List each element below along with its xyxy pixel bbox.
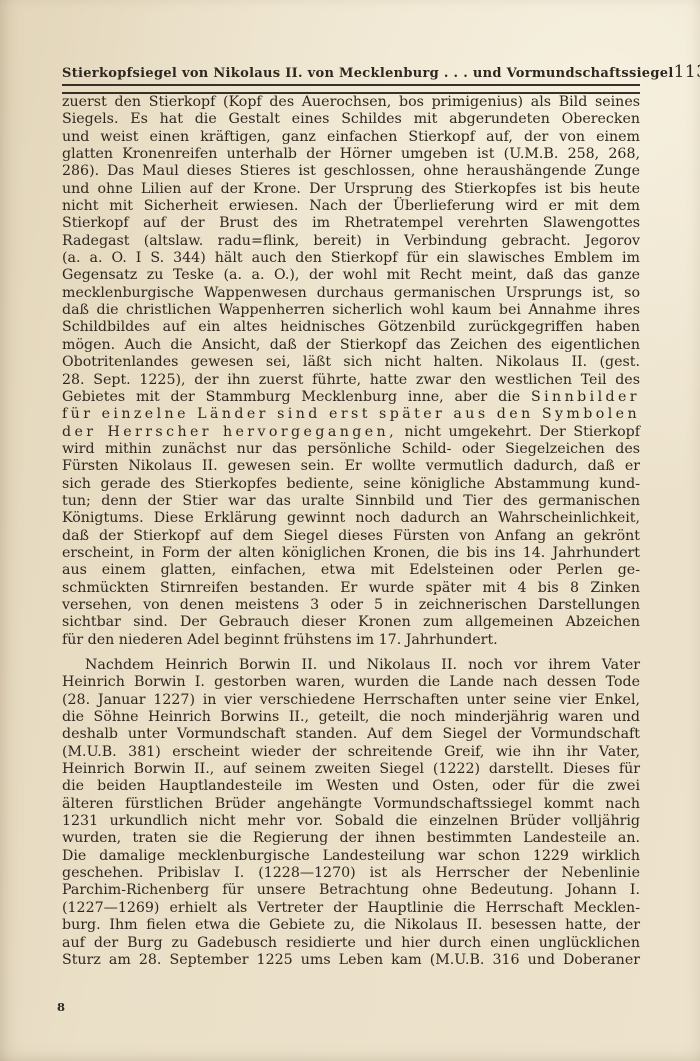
text-line: Sturz am 28. September 1225 ums Leben ka… xyxy=(62,952,640,969)
text-line: Parchim-Richenberg für unsere Betrachtun… xyxy=(62,882,640,899)
text-segment: zuerst den Stierkopf (Kopf des Auerochse… xyxy=(62,94,640,110)
text-segment: Nachdem Heinrich Borwin II. und Nikolaus… xyxy=(85,657,640,673)
text-line: burg. Ihm fielen etwa die Gebiete zu, di… xyxy=(62,917,640,934)
letterspaced-text: für einzelne Länder sind erst später aus… xyxy=(62,406,640,422)
text-line: daß der Stierkopf auf dem Siegel dieses … xyxy=(62,528,640,545)
text-line: geschehen. Pribislav I. (1228—1270) ist … xyxy=(62,865,640,882)
text-segment: und ohne Lilien auf der Krone. Der Urspr… xyxy=(62,181,640,197)
text-segment: (M.U.B. 381) erscheint wieder der schrei… xyxy=(62,744,640,760)
text-segment: nicht umgekehrt. Der Stierkopf xyxy=(397,424,640,440)
text-line: wird mithin zunächst nur das persönliche… xyxy=(62,441,640,458)
text-line: auf der Burg zu Gadebusch residierte und… xyxy=(62,935,640,952)
text-line: nicht mit Sicherheit erwiesen. Nach der … xyxy=(62,198,640,215)
text-line: Obotritenlandes gewesen sei, läßt sich n… xyxy=(62,354,640,371)
text-line: (a. a. O. I S. 344) hält auch den Stierk… xyxy=(62,250,640,267)
text-segment: aus einem glatten, einfachen, etwa mit E… xyxy=(62,562,640,578)
text-segment: mögen. Auch die Ansicht, daß der Stierko… xyxy=(62,337,640,353)
text-line: Heinrich Borwin I. gestorben waren, wurd… xyxy=(62,674,640,691)
text-segment: Heinrich Borwin II., auf seinem zweiten … xyxy=(62,761,640,777)
text-line: Heinrich Borwin II., auf seinem zweiten … xyxy=(62,761,640,778)
text-line: und ohne Lilien auf der Krone. Der Urspr… xyxy=(62,181,640,198)
text-segment: Heinrich Borwin I. gestorben waren, wurd… xyxy=(62,674,640,690)
text-line: zuerst den Stierkopf (Kopf des Auerochse… xyxy=(62,94,640,111)
text-line: aus einem glatten, einfachen, etwa mit E… xyxy=(62,562,640,579)
text-segment: Parchim-Richenberg für unsere Betrachtun… xyxy=(62,882,640,898)
text-segment: erscheint, in Form der alten königlichen… xyxy=(62,545,640,561)
text-segment: mecklenburgische Wappenwesen durchaus ge… xyxy=(62,285,640,301)
text-segment: burg. Ihm fielen etwa die Gebiete zu, di… xyxy=(62,917,640,933)
text-line: älteren fürstlichen Brüder angehängte Vo… xyxy=(62,796,640,813)
text-line: deshalb unter Vormundschaft standen. Auf… xyxy=(62,726,640,743)
text-line: Nachdem Heinrich Borwin II. und Nikolaus… xyxy=(62,657,640,674)
text-segment: Siegels. Es hat die Gestalt eines Schild… xyxy=(62,111,640,127)
text-line: 1231 urkundlich nicht mehr vor. Sobald d… xyxy=(62,813,640,830)
text-segment: und weist einen kräftigen, ganz einfache… xyxy=(62,129,640,145)
text-line: schmückten Stirnreifen bestanden. Er wur… xyxy=(62,580,640,597)
text-segment: älteren fürstlichen Brüder angehängte Vo… xyxy=(62,796,640,812)
text-segment: Königtums. Diese Erklärung gewinnt noch … xyxy=(62,510,640,526)
text-segment: Fürsten Nikolaus II. gewesen sein. Er wo… xyxy=(62,458,640,474)
text-line: 28. Sept. 1225), der ihn zuerst führte, … xyxy=(62,372,640,389)
paragraph: Nachdem Heinrich Borwin II. und Nikolaus… xyxy=(62,657,640,969)
text-line: (28. Januar 1227) in vier verschiedene H… xyxy=(62,692,640,709)
text-segment: die beiden Hauptlandesteile im Westen un… xyxy=(62,778,640,794)
text-segment: Obotritenlandes gewesen sei, läßt sich n… xyxy=(62,354,640,370)
text-line: Königtums. Diese Erklärung gewinnt noch … xyxy=(62,510,640,527)
text-segment: die Söhne Heinrich Borwins II., geteilt,… xyxy=(62,709,640,725)
text-segment: Schildbildes auf ein altes heidnisches G… xyxy=(62,319,640,335)
text-line: Stierkopf auf der Brust des im Rhetratem… xyxy=(62,215,640,232)
text-segment: wird mithin zunächst nur das persönliche… xyxy=(62,441,640,457)
text-segment: glatten Kronenreifen unterhalb der Hörne… xyxy=(62,146,640,162)
text-line: mecklenburgische Wappenwesen durchaus ge… xyxy=(62,285,640,302)
text-segment: deshalb unter Vormundschaft standen. Auf… xyxy=(62,726,640,742)
letterspaced-text: der Herrscher hervorgegangen, xyxy=(62,424,397,440)
text-segment: (28. Januar 1227) in vier verschiedene H… xyxy=(62,692,640,708)
page-body: zuerst den Stierkopf (Kopf des Auerochse… xyxy=(62,94,640,969)
text-segment: 286). Das Maul dieses Stieres ist geschl… xyxy=(62,163,640,179)
text-line: für den niederen Adel beginnt frühstens … xyxy=(62,632,640,649)
text-line: versehen, von denen meistens 3 oder 5 in… xyxy=(62,597,640,614)
text-segment: sichtbar sind. Der Gebrauch dieser Krone… xyxy=(62,614,640,630)
text-line: mögen. Auch die Ansicht, daß der Stierko… xyxy=(62,337,640,354)
text-segment: 1231 urkundlich nicht mehr vor. Sobald d… xyxy=(62,813,640,829)
text-segment: wurden, traten sie die Regierung der ihn… xyxy=(62,830,640,846)
text-segment: Gebietes mit der Stammburg Mecklenburg i… xyxy=(62,389,531,405)
text-line: sichtbar sind. Der Gebrauch dieser Krone… xyxy=(62,614,640,631)
page-root: Stierkopfsiegel von Nikolaus II. von Mec… xyxy=(0,0,700,1061)
text-line: Die damalige mecklenburgische Landesteil… xyxy=(62,848,640,865)
text-line: für einzelne Länder sind erst später aus… xyxy=(62,406,640,423)
text-line: Radegast (altslaw. radu=flink, bereit) i… xyxy=(62,233,640,250)
text-segment: Sturz am 28. September 1225 ums Leben ka… xyxy=(62,952,640,968)
text-line: erscheint, in Form der alten königlichen… xyxy=(62,545,640,562)
text-line: Gegensatz zu Teske (a. a. O.), der wohl … xyxy=(62,267,640,284)
text-line: glatten Kronenreifen unterhalb der Hörne… xyxy=(62,146,640,163)
text-segment: tun; denn der Stier war das uralte Sinnb… xyxy=(62,493,640,509)
text-segment: Radegast (altslaw. radu=flink, bereit) i… xyxy=(62,233,640,249)
text-line: (M.U.B. 381) erscheint wieder der schrei… xyxy=(62,744,640,761)
text-line: (1227—1269) erhielt als Vertreter der Ha… xyxy=(62,900,640,917)
text-line: Schildbildes auf ein altes heidnisches G… xyxy=(62,319,640,336)
text-line: sich gerade des Stierkopfes bediente, se… xyxy=(62,476,640,493)
paragraph: zuerst den Stierkopf (Kopf des Auerochse… xyxy=(62,94,640,649)
text-segment: geschehen. Pribislav I. (1228—1270) ist … xyxy=(62,865,640,881)
text-segment: (a. a. O. I S. 344) hält auch den Stierk… xyxy=(62,250,640,266)
text-line: der Herrscher hervorgegangen, nicht umge… xyxy=(62,424,640,441)
letterspaced-text: Sinnbilder xyxy=(531,389,640,405)
text-segment: nicht mit Sicherheit erwiesen. Nach der … xyxy=(62,198,640,214)
text-segment: daß die christlichen Wappenherren sicher… xyxy=(62,302,640,318)
text-line: Gebietes mit der Stammburg Mecklenburg i… xyxy=(62,389,640,406)
text-line: Fürsten Nikolaus II. gewesen sein. Er wo… xyxy=(62,458,640,475)
text-line: daß die christlichen Wappenherren sicher… xyxy=(62,302,640,319)
page-number: 113 xyxy=(674,62,700,82)
page-header: Stierkopfsiegel von Nikolaus II. von Mec… xyxy=(62,62,640,82)
text-line: 286). Das Maul dieses Stieres ist geschl… xyxy=(62,163,640,180)
text-segment: sich gerade des Stierkopfes bediente, se… xyxy=(62,476,640,492)
text-line: wurden, traten sie die Regierung der ihn… xyxy=(62,830,640,847)
text-segment: auf der Burg zu Gadebusch residierte und… xyxy=(62,935,640,951)
text-line: die Söhne Heinrich Borwins II., geteilt,… xyxy=(62,709,640,726)
signature-mark: 8 xyxy=(57,1000,65,1014)
text-segment: 28. Sept. 1225), der ihn zuerst führte, … xyxy=(62,372,640,388)
text-segment: für den niederen Adel beginnt frühstens … xyxy=(62,632,498,648)
text-segment: Stierkopf auf der Brust des im Rhetratem… xyxy=(62,215,640,231)
text-segment: Die damalige mecklenburgische Landesteil… xyxy=(62,848,640,864)
text-segment: Gegensatz zu Teske (a. a. O.), der wohl … xyxy=(62,267,640,283)
text-segment: schmückten Stirnreifen bestanden. Er wur… xyxy=(62,580,640,596)
text-line: Siegels. Es hat die Gestalt eines Schild… xyxy=(62,111,640,128)
text-segment: (1227—1269) erhielt als Vertreter der Ha… xyxy=(62,900,640,916)
text-line: die beiden Hauptlandesteile im Westen un… xyxy=(62,778,640,795)
text-segment: daß der Stierkopf auf dem Siegel dieses … xyxy=(62,528,640,544)
header-rule xyxy=(62,84,640,94)
text-line: und weist einen kräftigen, ganz einfache… xyxy=(62,129,640,146)
text-line: tun; denn der Stier war das uralte Sinnb… xyxy=(62,493,640,510)
running-title: Stierkopfsiegel von Nikolaus II. von Mec… xyxy=(62,66,674,81)
text-segment: versehen, von denen meistens 3 oder 5 in… xyxy=(62,597,640,613)
